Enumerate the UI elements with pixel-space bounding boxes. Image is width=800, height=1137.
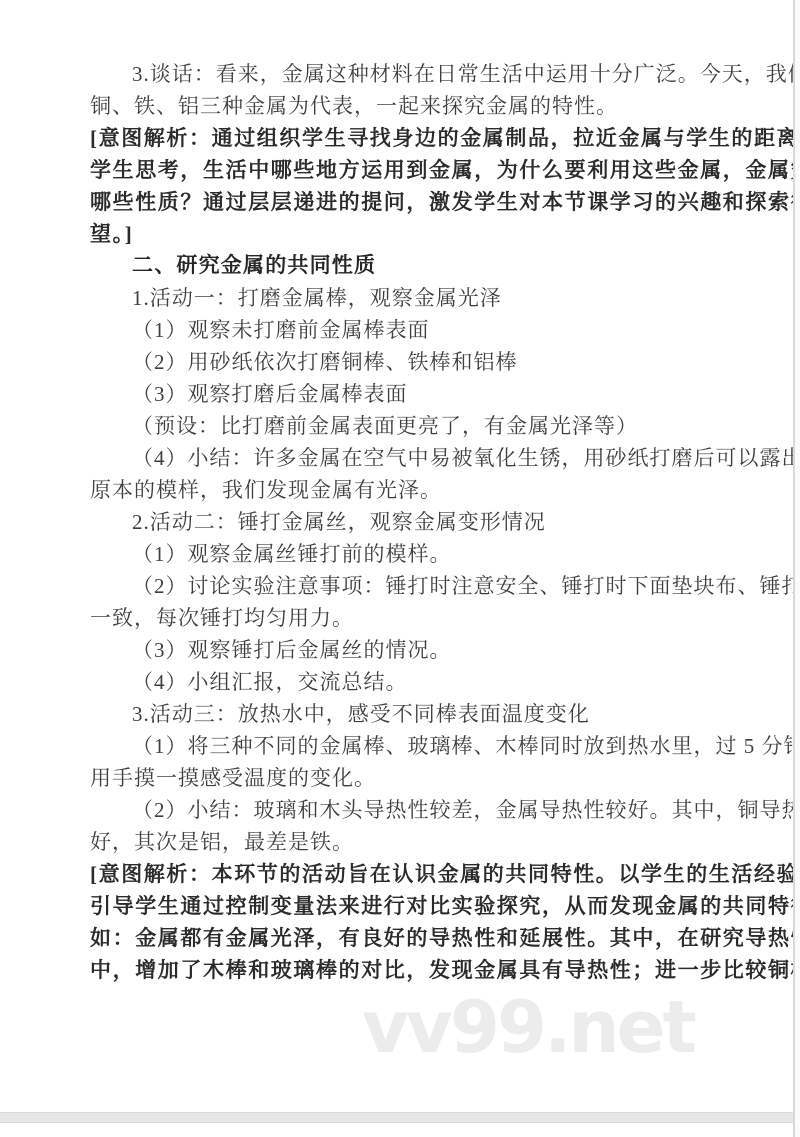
text-line: 一致，每次锤打均匀用力。 <box>90 602 716 634</box>
activity-heading: 2.活动二：锤打金属丝，观察金属变形情况 <box>90 506 716 538</box>
list-item: （1）观察金属丝锤打前的模样。 <box>90 538 716 570</box>
list-item: （3）观察锤打后金属丝的情况。 <box>90 634 716 666</box>
intent-analysis-line: [意图解析：本环节的活动旨在认识金属的共同特性。以学生的生活经验为基础， <box>90 858 716 890</box>
activity-heading: 1.活动一：打磨金属棒，观察金属光泽 <box>90 282 716 314</box>
section-heading: 二、研究金属的共同性质 <box>90 250 716 282</box>
document-page: 3.谈话：看来，金属这种材料在日常生活中运用十分广泛。今天，我们就以 铜、铁、铝… <box>0 0 800 1137</box>
intent-analysis-line: 如：金属都有金属光泽，有良好的导热性和延展性。其中，在研究导热性实验 <box>90 922 716 954</box>
text-line: 3.谈话：看来，金属这种材料在日常生活中运用十分广泛。今天，我们就以 <box>90 58 716 90</box>
text-line: 用手摸一摸感受温度的变化。 <box>90 762 716 794</box>
list-item: （2）用砂纸依次打磨铜棒、铁棒和铝棒 <box>90 346 716 378</box>
intent-analysis-line: 哪些性质？通过层层递进的提问，激发学生对本节课学习的兴趣和探索欲 <box>90 186 716 218</box>
list-item: （预设：比打磨前金属表面更亮了，有金属光泽等） <box>90 410 716 442</box>
text-line: 铜、铁、铝三种金属为代表，一起来探究金属的特性。 <box>90 90 716 122</box>
page-background-sliver <box>795 0 800 1137</box>
text-line: 原本的模样，我们发现金属有光泽。 <box>90 474 716 506</box>
intent-analysis-line: 中，增加了木棒和玻璃棒的对比，发现金属具有导热性；进一步比较铜棒、铁 <box>90 954 716 986</box>
list-item: （2）讨论实验注意事项：锤打时注意安全、锤打时下面垫块布、锤打次数 <box>90 570 716 602</box>
activity-heading: 3.活动三：放热水中，感受不同棒表面温度变化 <box>90 698 716 730</box>
list-item: （1）观察未打磨前金属棒表面 <box>90 314 716 346</box>
page-break-strip <box>0 1112 800 1123</box>
intent-analysis-line: 望。] <box>90 218 716 250</box>
page-text-block: 3.谈话：看来，金属这种材料在日常生活中运用十分广泛。今天，我们就以 铜、铁、铝… <box>90 58 716 986</box>
intent-analysis-line: [意图解析：通过组织学生寻找身边的金属制品，拉近金属与学生的距离。引发 <box>90 122 716 154</box>
watermark: vv99.net <box>362 990 732 1065</box>
list-item: （4）小结：许多金属在空气中易被氧化生锈，用砂纸打磨后可以露出金属 <box>90 442 716 474</box>
intent-analysis-line: 学生思考，生活中哪些地方运用到金属，为什么要利用这些金属，金属究竟有 <box>90 154 716 186</box>
list-item: （3）观察打磨后金属棒表面 <box>90 378 716 410</box>
page-right-edge <box>793 0 795 1137</box>
text-line: 好，其次是铝，最差是铁。 <box>90 826 716 858</box>
list-item: （4）小组汇报，交流总结。 <box>90 666 716 698</box>
list-item: （1）将三种不同的金属棒、玻璃棒、木棒同时放到热水里，过 5 分钟后， <box>90 730 716 762</box>
list-item: （2）小结：玻璃和木头导热性较差，金属导热性较好。其中，铜导热性最 <box>90 794 716 826</box>
intent-analysis-line: 引导学生通过控制变量法来进行对比实验探究，从而发现金属的共同特征。例 <box>90 890 716 922</box>
